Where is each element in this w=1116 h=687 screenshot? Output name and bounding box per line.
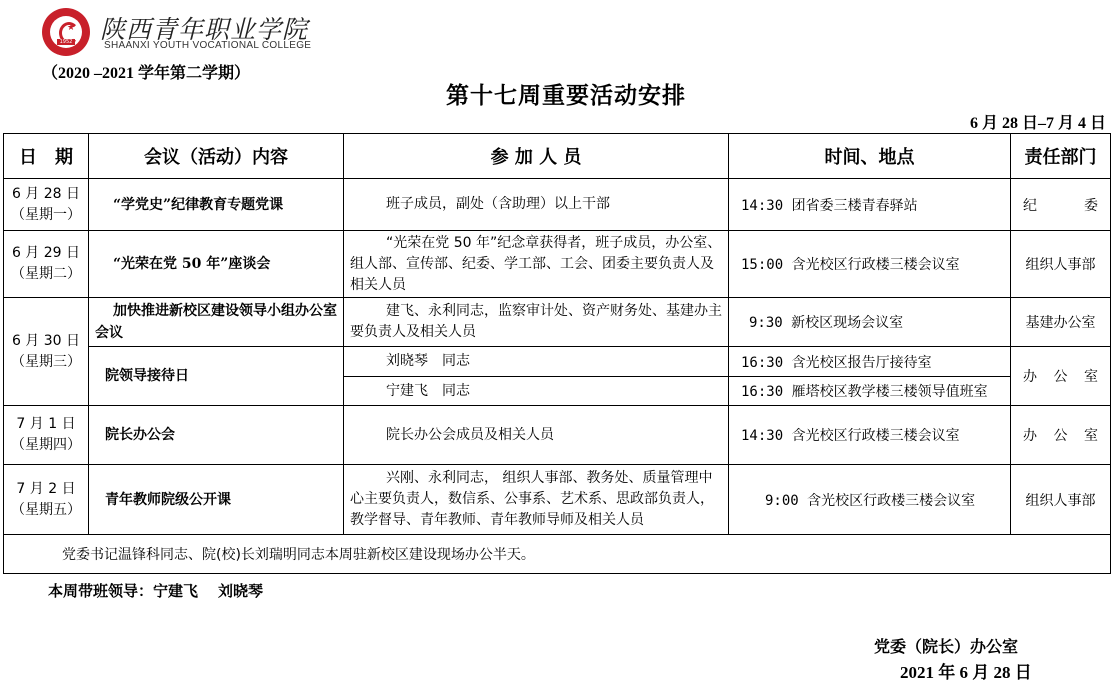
dept-cell: 纪委 bbox=[1011, 179, 1111, 231]
dept-char: 公 bbox=[1054, 425, 1068, 445]
college-emblem-icon: ★ 1952 bbox=[42, 8, 90, 56]
weekday: （星期二） bbox=[4, 264, 88, 285]
page-title: 第十七周重要活动安排 bbox=[446, 77, 686, 110]
dept-cell: 组织人事部 bbox=[1011, 465, 1111, 535]
weekday: （星期三） bbox=[4, 352, 88, 373]
dept-cell: 办公室 bbox=[1011, 406, 1111, 465]
time-place-cell: 16:30 含光校区报告厅接待室 bbox=[729, 347, 1011, 377]
date: 6 月 29 日 bbox=[4, 243, 88, 264]
table-row: 6 月 28 日 （星期一） “学党史”纪律教育专题党课 班子成员，副处（含助理… bbox=[4, 179, 1111, 231]
weekday: （星期四） bbox=[4, 435, 88, 456]
schedule-table: 日 期 会议（活动）内容 参 加 人 员 时间、地点 责任部门 6 月 28 日… bbox=[3, 133, 1111, 574]
table-row: 6 月 30 日 （星期三） 加快推进新校区建设领导小组办公室会议 建飞、永利同… bbox=[4, 298, 1111, 347]
dept-cell: 办公室 bbox=[1011, 347, 1111, 406]
people-cell: 刘晓琴 同志 bbox=[344, 347, 729, 377]
time-place-cell: 16:30 雁塔校区教学楼三楼领导值班室 bbox=[729, 377, 1011, 406]
weekday: （星期五） bbox=[4, 500, 88, 521]
dept-cell: 基建办公室 bbox=[1011, 298, 1111, 347]
duty-leader-second: 刘晓琴 bbox=[218, 582, 263, 600]
dept-char: 室 bbox=[1084, 425, 1098, 445]
column-header-time-place: 时间、地点 bbox=[729, 134, 1011, 179]
column-header-content: 会议（活动）内容 bbox=[89, 134, 344, 179]
college-name-en: SHAANXI YOUTH VOCATIONAL COLLEGE bbox=[104, 40, 311, 51]
dept-char: 办 bbox=[1023, 425, 1037, 445]
dept-char: 室 bbox=[1084, 366, 1098, 386]
people-cell: 宁建飞 同志 bbox=[344, 377, 729, 406]
people-cell: 建飞、永利同志，监察审计处、资产财务处、基建办主要负责人及相关人员 bbox=[344, 298, 729, 347]
time-place-cell: 9:00 含光校区行政楼三楼会议室 bbox=[729, 465, 1011, 535]
note-cell: 党委书记温锋科同志、院(校)长刘瑞明同志本周驻新校区建设现场办公半天。 bbox=[4, 535, 1111, 574]
content-cell: “学党史”纪律教育专题党课 bbox=[89, 179, 344, 231]
dept-cell: 组织人事部 bbox=[1011, 231, 1111, 298]
dept-char: 纪 bbox=[1023, 195, 1037, 215]
dept-char: 委 bbox=[1084, 195, 1098, 215]
column-header-date: 日 期 bbox=[4, 134, 89, 179]
people-cell: 班子成员，副处（含助理）以上干部 bbox=[344, 179, 729, 231]
column-header-dept: 责任部门 bbox=[1011, 134, 1111, 179]
weekday: （星期一） bbox=[4, 205, 88, 226]
people-cell: 兴刚、永利同志， 组织人事部、教务处、质量管理中心主要负责人，数信系、公事系、艺… bbox=[344, 465, 729, 535]
dept-char: 办 bbox=[1023, 366, 1037, 386]
date: 7 月 1 日 bbox=[4, 414, 88, 435]
date: 6 月 28 日 bbox=[4, 184, 88, 205]
table-row: 6 月 29 日 （星期二） “光荣在党 50 年”座谈会 “光荣在党 50 年… bbox=[4, 231, 1111, 298]
table-row: 7 月 2 日 （星期五） 青年教师院级公开课 兴刚、永利同志， 组织人事部、教… bbox=[4, 465, 1111, 535]
time-place-cell: 14:30 团省委三楼青春驿站 bbox=[729, 179, 1011, 231]
time-place-cell: 14:30 含光校区行政楼三楼会议室 bbox=[729, 406, 1011, 465]
content-cell: 加快推进新校区建设领导小组办公室会议 bbox=[89, 298, 344, 347]
date-cell: 7 月 1 日 （星期四） bbox=[4, 406, 89, 465]
column-header-people: 参 加 人 员 bbox=[344, 134, 729, 179]
date-cell: 7 月 2 日 （星期五） bbox=[4, 465, 89, 535]
issue-date: 2021 年 6 月 28 日 bbox=[900, 658, 1032, 683]
date-cell: 6 月 28 日 （星期一） bbox=[4, 179, 89, 231]
table-header-row: 日 期 会议（活动）内容 参 加 人 员 时间、地点 责任部门 bbox=[4, 134, 1111, 179]
content-cell: “光荣在党 50 年”座谈会 bbox=[89, 231, 344, 298]
date-range: 6 月 28 日–7 月 4 日 bbox=[970, 110, 1106, 133]
date: 7 月 2 日 bbox=[4, 479, 88, 500]
table-row: 7 月 1 日 （星期四） 院长办公会 院长办公会成员及相关人员 14:30 含… bbox=[4, 406, 1111, 465]
content-cell: 院领导接待日 bbox=[89, 347, 344, 406]
content-cell: 青年教师院级公开课 bbox=[89, 465, 344, 535]
duty-leaders: 本周带班领导：宁建飞刘晓琴 bbox=[48, 580, 283, 601]
semester-label: （2020 –2021 学年第二学期） bbox=[42, 60, 250, 83]
people-cell: 院长办公会成员及相关人员 bbox=[344, 406, 729, 465]
note-row: 党委书记温锋科同志、院(校)长刘瑞明同志本周驻新校区建设现场办公半天。 bbox=[4, 535, 1111, 574]
people-cell: “光荣在党 50 年”纪念章获得者，班子成员，办公室、组人部、宣传部、纪委、学工… bbox=[344, 231, 729, 298]
dept-char: 公 bbox=[1054, 366, 1068, 386]
duty-leaders-label: 本周带班领导：宁建飞 bbox=[48, 582, 198, 600]
time-place-cell: 9:30 新校区现场会议室 bbox=[729, 298, 1011, 347]
table-row: 院领导接待日 刘晓琴 同志 16:30 含光校区报告厅接待室 办公室 bbox=[4, 347, 1111, 377]
date-cell: 6 月 30 日 （星期三） bbox=[4, 298, 89, 406]
time-place-cell: 15:00 含光校区行政楼三楼会议室 bbox=[729, 231, 1011, 298]
issuing-office: 党委（院长）办公室 bbox=[874, 634, 1018, 657]
content-cell: 院长办公会 bbox=[89, 406, 344, 465]
date: 6 月 30 日 bbox=[4, 331, 88, 352]
date-cell: 6 月 29 日 （星期二） bbox=[4, 231, 89, 298]
